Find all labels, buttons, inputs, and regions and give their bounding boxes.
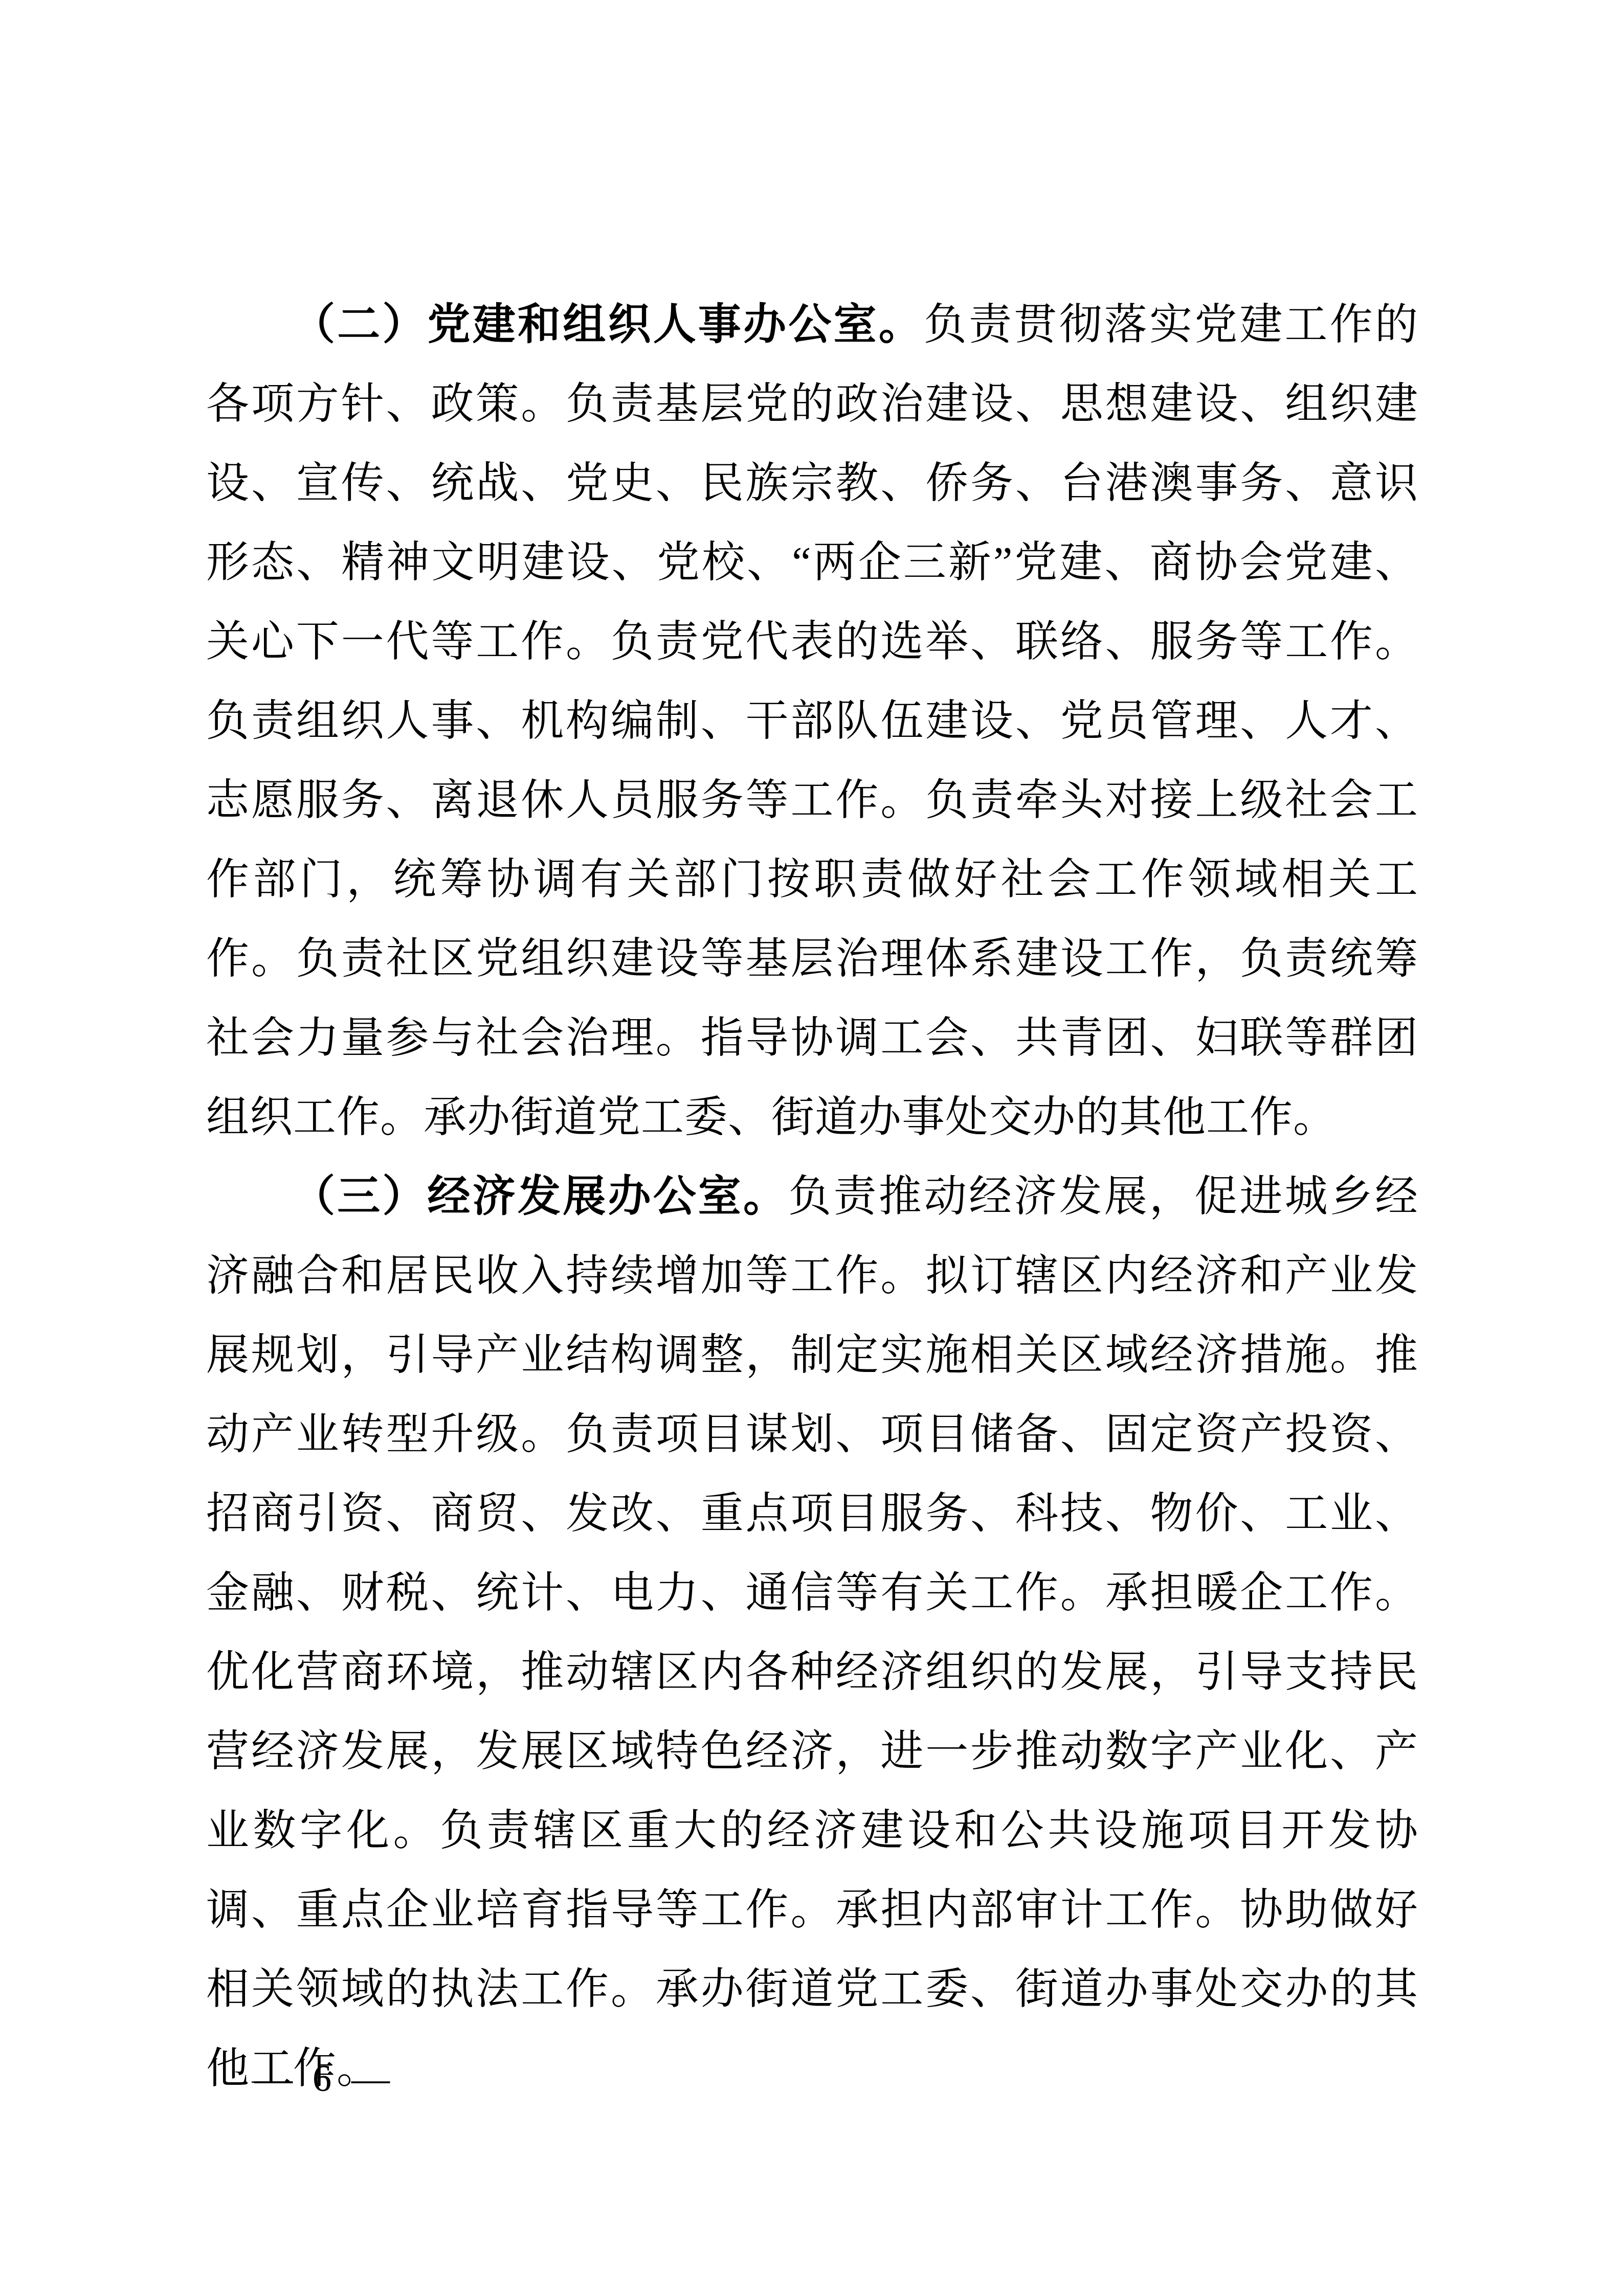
paragraph-economic-development-office: （三）经济发展办公室。负责推动经济发展，促进城乡经济融合和居民收入持续增加等工作… xyxy=(206,1157,1418,2108)
document-body: （二）党建和组织人事办公室。负责贯彻落实党建工作的各项方针、政策。负责基层党的政… xyxy=(206,285,1418,2108)
paragraph-economic-development-office-text: 负责推动经济发展，促进城乡经济融合和居民收入持续增加等工作。拟订辖区内经济和产业… xyxy=(206,1173,1418,2092)
paragraph-economic-development-office-heading: （三）经济发展办公室。 xyxy=(292,1173,788,1221)
paragraph-party-building-office: （二）党建和组织人事办公室。负责贯彻落实党建工作的各项方针、政策。负责基层党的政… xyxy=(206,285,1418,1157)
page-number: — 6 — xyxy=(254,2057,395,2101)
paragraph-party-building-office-text: 负责贯彻落实党建工作的各项方针、政策。负责基层党的政治建设、思想建设、组织建设、… xyxy=(206,301,1418,1141)
document-page: （二）党建和组织人事办公室。负责贯彻落实党建工作的各项方针、政策。负责基层党的政… xyxy=(0,0,1624,2296)
paragraph-party-building-office-heading: （二）党建和组织人事办公室。 xyxy=(292,301,924,349)
